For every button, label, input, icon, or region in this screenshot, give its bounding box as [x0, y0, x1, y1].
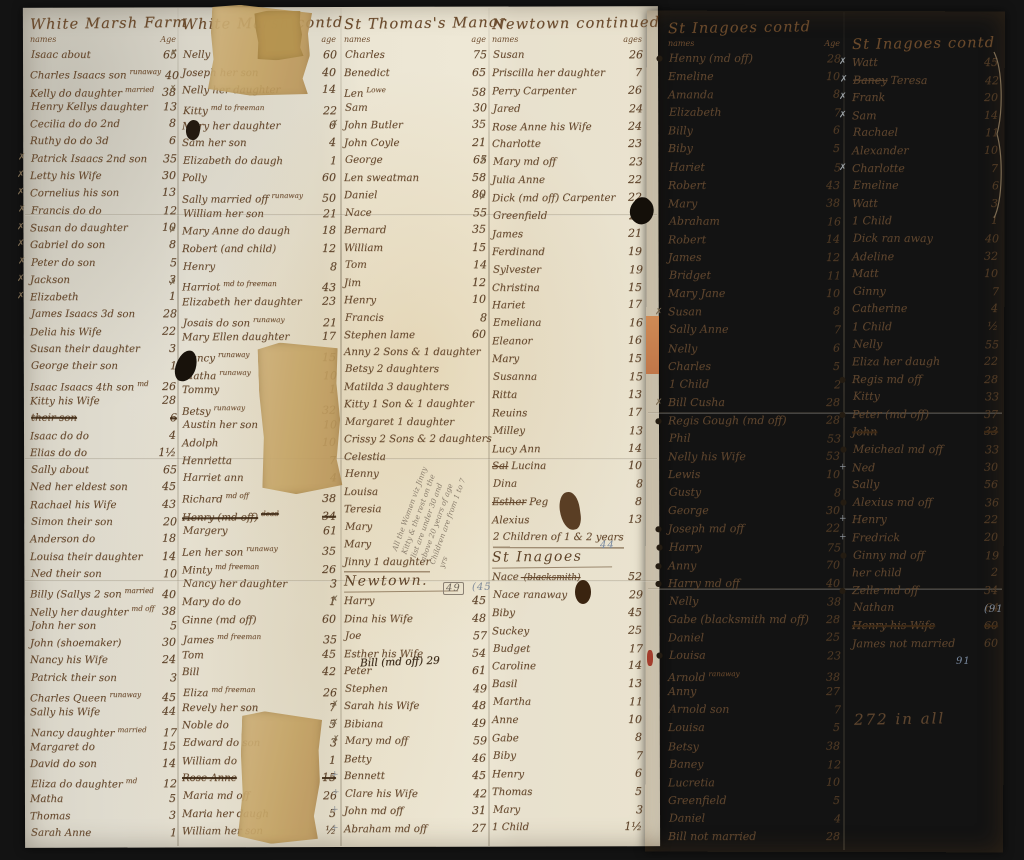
age-value: 12 [822, 249, 840, 267]
person-name: Elizabeth [669, 104, 722, 122]
x-mark-icon [839, 107, 847, 125]
ledger-row: Emeline6 [853, 177, 999, 195]
person-name: Mary do do [182, 594, 241, 612]
ledger-row: Stephen lame60 [344, 326, 486, 344]
age-value: 5 [822, 140, 840, 158]
ledger-row: Mary Anne do daugh18 [182, 222, 336, 240]
person-name: Nathan [853, 599, 894, 617]
person-name: Maria md off [183, 788, 250, 806]
person-name: Emeline [668, 68, 714, 86]
age-value: 58 [468, 169, 486, 187]
column-header: St Inagoes contd [852, 33, 998, 55]
x-mark-icon [655, 394, 663, 412]
pencil-note: 49 [443, 582, 464, 595]
entry-annotation: ranaway [708, 669, 739, 678]
person-name: George [345, 152, 383, 170]
person-name: Nancy his Wife [30, 652, 108, 669]
ledger-row: Sally his Wife44 [30, 703, 176, 721]
person-name: Clare his Wife [345, 785, 418, 803]
person-name: Arnold son [669, 701, 729, 719]
person-name: Emeline [853, 177, 899, 195]
person-name: Henry [852, 511, 887, 529]
ledger-row: Nelly her daughtermd off38 [30, 599, 176, 617]
x-mark-icon [331, 592, 339, 610]
ledger-row: Thomas3 [30, 807, 176, 825]
ledger-row: Basil13 [492, 675, 642, 693]
person-name: Zelle md off [852, 582, 919, 600]
plus-mark-icon [839, 529, 847, 547]
entry-annotation: runaway [246, 544, 278, 553]
ink-dot-mark-icon [839, 582, 846, 601]
x-mark-icon [17, 236, 25, 253]
person-name: Nelly his Wife [668, 448, 746, 466]
person-name: Margaret do [30, 739, 95, 757]
person-name: John md off [344, 803, 403, 821]
entry-annotation: married [117, 725, 146, 734]
age-value: 55 [981, 336, 999, 354]
ledger-row: Arnoldranaway38 [668, 665, 840, 684]
person-name: Gabe [492, 730, 519, 748]
ledger-row: Delia his Wife22 [30, 322, 176, 340]
person-name: Tom [345, 257, 367, 275]
ledger-row: Cornelius his son13 [30, 184, 176, 202]
ledger-row: Letty his Wife30 [30, 167, 176, 184]
ledger-row: Gabe8 [492, 729, 642, 748]
x-mark-icon [18, 149, 26, 166]
ledger-row: Kelly do daughtermarried38 [30, 80, 176, 98]
age-value: 24 [624, 117, 642, 135]
age-value: 7 [823, 322, 841, 340]
entry-annotation: md to freeman [223, 279, 277, 288]
entry-annotation: runaway [219, 367, 251, 376]
person-name: Lucretia [668, 774, 715, 792]
age-value: 22 [158, 322, 176, 339]
person-name: Isaac about [31, 47, 91, 65]
entry-annotation: runaway [130, 67, 161, 76]
age-value: 45 [468, 767, 486, 785]
age-value: 10 [822, 466, 840, 484]
ledger-row: Nancy his Wife24 [30, 651, 176, 668]
age-value: 8 [469, 309, 487, 327]
ledger-row: 1 Child½ [852, 318, 998, 336]
ledger-row: 1 Child2 [669, 375, 841, 394]
person-name: Reuins [492, 405, 527, 423]
ledger-row: Dina8 [493, 475, 643, 494]
ledger-row: Cecilia do do 2nd8 [30, 115, 176, 133]
person-name: Lucy Ann [492, 441, 541, 459]
person-name: Robert [668, 231, 706, 249]
ledger-row: Eliza do daughtermd12 [31, 772, 177, 790]
ledger-row: Mintymd freeman26 [182, 558, 336, 576]
age-value: 1 [319, 152, 337, 170]
person-name: Jared [493, 100, 521, 118]
x-mark-icon [331, 715, 339, 733]
age-value: 5 [624, 783, 642, 801]
person-name: Crissy 2 Sons & 2 daughters [344, 431, 492, 449]
ink-dot-mark-icon [839, 371, 846, 390]
ledger-row: Henry (md off)dead34 [182, 504, 336, 522]
person-name: James [668, 249, 702, 267]
person-name: Rose Anne his Wife [492, 118, 592, 136]
person-name: Betty [344, 751, 372, 769]
x-mark-icon [18, 253, 26, 270]
ledger-row: Anne10 [492, 711, 642, 729]
person-name: 1 Child [669, 375, 709, 393]
entry-annotation: md freeman [211, 685, 255, 694]
age-value: 42 [469, 785, 487, 803]
column-subheader: namesAge [30, 34, 176, 46]
age-value: 53 [822, 448, 840, 466]
person-name: Alexius [492, 512, 530, 530]
person-name: James not married [852, 634, 955, 652]
person-name: Greenfield [668, 792, 727, 810]
ledger-row: Reuins17 [492, 403, 642, 422]
age-value: 21 [468, 134, 486, 152]
age-value: 35 [468, 221, 486, 239]
x-mark-icon [17, 167, 25, 184]
age-value: ½ [980, 318, 998, 336]
age-value: 7 [625, 747, 643, 765]
age-value: 40 [318, 64, 336, 82]
age-value: 17 [318, 328, 336, 346]
ledger-row: Anderson do18 [30, 530, 176, 548]
ledger-row: Gabe (blacksmith md off)28 [668, 611, 840, 629]
ledger-row: John (shoemaker)30 [30, 634, 176, 652]
age-value: 60 [318, 610, 336, 628]
person-name: Rose Anne [182, 770, 237, 788]
person-name: Frank [852, 89, 885, 107]
ledger-row: Jared24 [493, 99, 643, 118]
age-value: 26 [624, 81, 642, 99]
column-header: St Thomas's Manor [344, 13, 486, 35]
ledger-row: SalLucina10 [492, 457, 642, 475]
entry-annotation: md to freeman [211, 103, 265, 112]
person-name: Nancy her daughter [183, 576, 287, 594]
ledger-row: Amanda8 [668, 86, 840, 105]
ledger-row: John Coyle21 [344, 134, 486, 152]
ledger-row: Polly60 [182, 169, 336, 187]
ledger-row: Bennett45 [344, 767, 486, 785]
x-mark-icon [169, 82, 177, 100]
person-name: Isaac do do [30, 428, 89, 446]
ledger-row: Nelly his Wife53 [668, 448, 840, 467]
ledger-row: Peter61Bill (md off) 29 [344, 662, 486, 680]
age-value: 8 [319, 258, 337, 276]
ledger-row: Christina15 [492, 279, 642, 297]
ledger-row: Sally about65 [31, 461, 177, 479]
person-name: Mary Anne do daugh [182, 223, 290, 241]
age-value: 10 [624, 711, 642, 729]
x-mark-icon [17, 271, 25, 288]
age-value: 1½ [158, 444, 176, 461]
age-value: 6 [624, 764, 642, 782]
person-name: Louisa [669, 647, 706, 665]
ledger-row: Regis md off28 [852, 371, 998, 389]
person-name: Teresia [344, 501, 382, 519]
ledger-row: Elizabeth7 [669, 104, 841, 123]
age-value: 17 [625, 640, 643, 658]
age-value: 14 [624, 657, 642, 675]
ledger-row: Tom45 [182, 645, 336, 663]
ledger-row: Matt10 [852, 265, 998, 283]
person-name: Patrick their son [31, 669, 117, 687]
age-value: 13 [159, 98, 177, 115]
ledger-row: Kittymd to freeman22 [183, 99, 337, 117]
person-name: Adeline [852, 248, 894, 266]
ledger-row: Susan do daughter10 [30, 219, 176, 237]
age-value: 22 [624, 171, 642, 189]
person-name: Nace [345, 204, 372, 222]
age-value: 10 [822, 68, 840, 86]
person-name: Eliza her daugh [852, 353, 940, 371]
column-newtown-continued: Newtown continuednamesagesSusan26Priscil… [492, 14, 642, 836]
ledger-row: Nace55 [345, 203, 487, 221]
age-value: 60 [980, 617, 998, 635]
age-value: 52 [624, 568, 642, 586]
age-value: 8 [624, 729, 642, 747]
ledger-row: Kitty33 [853, 388, 999, 406]
person-name: Amanda [668, 86, 714, 104]
age-value: 1 [159, 825, 177, 842]
person-name: Harry [669, 538, 702, 556]
age-value: 60 [319, 46, 337, 64]
age-value: 46 [468, 749, 486, 767]
age-value: 19 [625, 261, 643, 279]
person-name: Susanna [493, 369, 537, 387]
age-value: 13 [625, 422, 643, 440]
ledger-row: Mary15 [492, 350, 642, 368]
ledger-row: Priscilla her daughter7 [492, 64, 642, 82]
ledger-row: Betsy 2 daughters [345, 361, 487, 379]
entry-annotation: md off [131, 603, 154, 612]
ink-dot-mark-icon [656, 50, 663, 68]
person-name: Robert [668, 177, 706, 195]
ink-dot-mark-icon [656, 538, 663, 556]
ink-dot-mark-icon [655, 557, 662, 575]
x-mark-icon [17, 288, 25, 305]
ledger-row: their son6 [31, 409, 177, 427]
pencil-note: (91 [984, 604, 1004, 615]
person-name: Harry md off [668, 575, 740, 593]
ledger-row: Joe57 [345, 627, 487, 645]
person-name: Bennett [344, 768, 385, 786]
ledger-row: Dina his Wife48 [344, 609, 486, 627]
entry-annotation: md off [226, 491, 249, 500]
age-value: 21 [319, 205, 337, 223]
ledger-row: Harry75 [669, 538, 841, 557]
ledger-row: Biby5 [668, 140, 840, 158]
ledger-row: Dick (md off) Carpenter22 [492, 189, 642, 208]
plus-mark-icon [331, 802, 339, 820]
person-name: Mary [344, 536, 371, 554]
ink-dot-mark-icon [840, 441, 847, 460]
ledger-row: Hariet17 [492, 296, 642, 315]
age-value: 54 [468, 644, 486, 662]
person-name: Biby [668, 140, 693, 158]
person-name: Sylvester [493, 261, 541, 279]
ledger-row: Sam14 [852, 106, 998, 124]
ledger-row: Bibiana49 [344, 714, 486, 732]
ledger-row: Henry his Wife60 [852, 617, 998, 635]
age-value: 3 [158, 807, 176, 824]
person-name: Daniel [344, 187, 377, 205]
age-value: 7 [823, 702, 841, 720]
ledger-row: Francis8 [345, 308, 487, 326]
ledger-row: Isaac about65 [31, 46, 177, 64]
person-name: Kitty [853, 388, 880, 406]
person-name: Louisa [668, 719, 705, 737]
ledger-row: Eleanor16 [492, 332, 642, 351]
age-value: 28 [980, 371, 998, 389]
ledger-row: Henry22 [852, 511, 998, 529]
ink-dot-mark-icon [840, 493, 847, 512]
age-value: 12 [159, 202, 177, 219]
ledger-row: Bernard35 [344, 221, 486, 239]
person-name: Nelly [853, 335, 882, 353]
ledger-row: John Butler35 [344, 116, 486, 134]
ledger-row: Greenfield5 [668, 792, 840, 810]
ledger-row: Fredrick20 [852, 529, 998, 547]
person-name: Anne [492, 712, 519, 730]
ledger-row: Arnold son7 [669, 701, 841, 720]
age-value: 22 [822, 520, 840, 538]
age-value: 57 [469, 627, 487, 645]
age-value: 27 [822, 683, 840, 701]
person-name: Baney [669, 755, 704, 773]
person-name: John Butler [344, 117, 403, 135]
ledger-row: Billy (Sallys 2 sonmarried40 [30, 582, 176, 599]
column-header: White Marsh Farm [30, 13, 176, 35]
person-name: Noble do [182, 717, 229, 735]
ledger-row: Martha11 [493, 693, 643, 712]
age-value: 33 [981, 389, 999, 407]
person-name: Ned their son [31, 566, 102, 584]
person-name: SalLucina [492, 458, 546, 476]
age-value: 16 [624, 332, 642, 350]
age-value: 3 [159, 669, 177, 686]
person-name: Joe [345, 628, 361, 646]
age-value: 5 [822, 792, 840, 810]
person-name: Sarah Anne [31, 825, 91, 843]
age-value: 23 [624, 135, 642, 153]
ink-dot-mark-icon [655, 412, 662, 430]
person-name: Billy [668, 123, 693, 141]
age-value: 5 [159, 254, 177, 271]
ledger-row: Watt45 [852, 54, 998, 72]
ledger-row: Susan8 [668, 303, 840, 322]
person-name: their son [31, 410, 77, 427]
ledger-row: Benedict65 [344, 64, 486, 82]
ledger-row: Joseph md off22 [668, 520, 840, 539]
person-name: Stephen [345, 680, 388, 698]
person-name: Nelly [668, 340, 697, 358]
ledger-row: Thomas5 [492, 783, 642, 801]
age-value: 3 [158, 340, 176, 357]
age-value: 33 [980, 423, 998, 441]
age-value: 19 [981, 547, 999, 565]
pencil-note: 91 [956, 656, 971, 667]
ledger-row: Ginny7 [853, 282, 999, 300]
ledger-row: Simon their son20 [31, 513, 177, 531]
ink-dot-mark-icon [655, 575, 662, 593]
age-value: 10 [159, 565, 177, 582]
age-value: 43 [158, 495, 176, 512]
age-value: 61 [468, 662, 486, 680]
age-value: 42 [318, 663, 336, 681]
person-name: Sally [852, 476, 879, 494]
person-name: Abraham [669, 212, 720, 230]
person-name: Biby [492, 605, 515, 623]
ledger-row: George30 [668, 502, 840, 520]
ledger-row: Caroline14 [492, 657, 642, 676]
person-name: Dina [493, 476, 517, 494]
person-name: Charlotte [492, 136, 541, 154]
age-value: 19 [624, 243, 642, 261]
person-name: Delia his Wife [30, 324, 102, 342]
person-name: 1 Child [852, 318, 892, 336]
person-name: Milley [493, 422, 525, 440]
age-value: 15 [468, 239, 486, 257]
ledger-row: Rachael11 [853, 124, 999, 142]
ledger-row: Peter do son5 [31, 253, 177, 271]
ledger-row: Adeline32 [852, 247, 998, 265]
person-name: Susan [493, 47, 524, 65]
person-name: Henny [345, 466, 379, 484]
person-name: Ritta [492, 387, 517, 405]
person-name: Henry [344, 292, 376, 310]
ledger-row: Sylvester19 [493, 260, 643, 279]
ledger-row: Elizamd freeman26 [183, 681, 337, 699]
age-value: 65 [159, 461, 177, 478]
ledger-row: Charles Queenrunaway45 [30, 686, 176, 703]
ledger-row: Elizabeth do daugh1 [183, 152, 337, 170]
entry-annotation: Lowe [366, 85, 386, 94]
ledger-row: Sally married offrunaway50 [182, 187, 336, 205]
person-name: Henry Kellys daughter [31, 99, 148, 117]
ledger-row: Baney12 [669, 755, 841, 774]
ledger-row: Kitty his Wife28 [30, 392, 176, 410]
age-value: 6 [159, 409, 177, 426]
ledger-row: William her son21 [183, 204, 337, 222]
age-value: 18 [318, 222, 336, 240]
age-value: 24 [158, 651, 176, 668]
age-value: 23 [318, 293, 336, 311]
x-mark-icon [170, 46, 178, 64]
age-value: 14 [318, 81, 336, 99]
ledger-row: Ginny md off19 [853, 546, 999, 564]
ledger-row: Clare his Wife42 [345, 784, 487, 802]
age-value: 25 [822, 629, 840, 647]
person-name: Mary [493, 801, 520, 819]
age-value: 12 [823, 756, 841, 774]
age-value: 32 [980, 247, 998, 265]
age-value: 4 [980, 300, 998, 318]
person-name: Ned her eldest son [30, 479, 128, 496]
person-name: 1 Child [492, 819, 529, 837]
ledger-row: George their son1 [31, 357, 177, 375]
ledger-row: 2 Children of 1 & 2 years [493, 529, 643, 548]
ledger-row: Margery61 [183, 522, 337, 540]
document-scan: White Marsh FarmnamesAgeIsaac about65Cha… [0, 0, 1024, 860]
ledger-row: Francis do do12 [31, 201, 177, 219]
ledger-row: Meicheal md off33 [853, 441, 999, 459]
ledger-row: William15 [344, 239, 486, 257]
plus-mark-icon [331, 820, 339, 838]
person-name: BaneyTeresa [853, 71, 927, 89]
ledger-row: Tom14 [345, 256, 487, 274]
person-name: Dina his Wife [344, 611, 413, 629]
entry-annotation: runaway [110, 690, 141, 699]
